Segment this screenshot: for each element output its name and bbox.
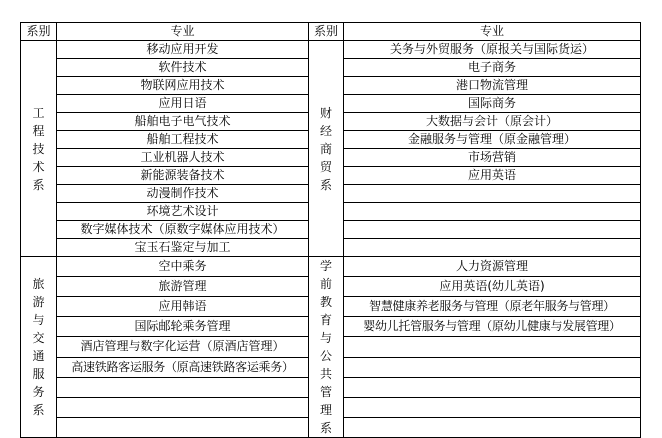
major-cell: 软件技术 (57, 59, 309, 77)
major-cell: 关务与外贸服务（原报关与国际货运） (344, 41, 641, 59)
major-cell: 动漫制作技术 (57, 185, 309, 203)
dept-label: 学前教育与公共管理系 (319, 257, 333, 437)
major-cell: 数字媒体技术（原数字媒体应用技术） (57, 221, 309, 239)
major-cell: 应用日语 (57, 95, 309, 113)
major-cell (344, 185, 641, 203)
major-cell: 酒店管理与数字化运营（原酒店管理） (57, 337, 309, 357)
header-major-left: 专业 (57, 23, 309, 41)
major-cell: 人力资源管理 (344, 257, 641, 277)
major-cell (344, 357, 641, 377)
dept-engineering: 工程技术系 (21, 41, 57, 257)
major-cell: 智慧健康养老服务与管理（原老年服务与管理） (344, 297, 641, 317)
major-cell (344, 221, 641, 239)
header-major-right: 专业 (344, 23, 641, 41)
header-dept-right: 系别 (309, 23, 344, 41)
major-cell: 应用韩语 (57, 297, 309, 317)
major-cell: 应用英语 (344, 167, 641, 185)
major-cell: 空中乘务 (57, 257, 309, 277)
major-cell: 市场营销 (344, 149, 641, 167)
major-cell: 大数据与会计（原会计） (344, 113, 641, 131)
major-cell: 宝玉石鉴定与加工 (57, 239, 309, 257)
major-cell: 船舶电子电气技术 (57, 113, 309, 131)
header-row: 系别 专业 系别 专业 (21, 23, 641, 41)
major-cell (344, 397, 641, 417)
majors-table: 系别 专业 系别 专业 工程技术系移动应用开发财经商贸系关务与外贸服务（原报关与… (20, 22, 641, 438)
dept-label: 旅游与交通服务系 (32, 275, 46, 419)
major-cell (344, 377, 641, 397)
table-row: 工程技术系移动应用开发财经商贸系关务与外贸服务（原报关与国际货运） (21, 41, 641, 59)
major-cell (57, 417, 309, 437)
major-cell: 环境艺术设计 (57, 203, 309, 221)
dept-preschool-public-mgmt: 学前教育与公共管理系 (309, 257, 344, 438)
major-cell (344, 417, 641, 437)
table-row: 旅游与交通服务系空中乘务学前教育与公共管理系人力资源管理 (21, 257, 641, 277)
major-cell: 移动应用开发 (57, 41, 309, 59)
major-cell: 高速铁路客运服务（原高速铁路客运乘务） (57, 357, 309, 377)
major-cell: 工业机器人技术 (57, 149, 309, 167)
major-cell (344, 337, 641, 357)
major-cell: 港口物流管理 (344, 77, 641, 95)
major-cell (344, 203, 641, 221)
major-cell: 婴幼儿托管服务与管理（原幼儿健康与发展管理） (344, 317, 641, 337)
major-cell: 旅游管理 (57, 277, 309, 297)
major-cell: 电子商务 (344, 59, 641, 77)
header-dept-left: 系别 (21, 23, 57, 41)
major-cell (57, 377, 309, 397)
major-cell: 新能源装备技术 (57, 167, 309, 185)
major-cell (344, 239, 641, 257)
major-cell: 金融服务与管理（原金融管理） (344, 131, 641, 149)
dept-label: 工程技术系 (32, 104, 46, 194)
dept-label: 财经商贸系 (319, 104, 333, 194)
major-cell (57, 397, 309, 417)
dept-finance-trade: 财经商贸系 (309, 41, 344, 257)
major-cell: 应用英语(幼儿英语) (344, 277, 641, 297)
major-cell: 船舶工程技术 (57, 131, 309, 149)
major-cell: 国际商务 (344, 95, 641, 113)
dept-tourism-transport: 旅游与交通服务系 (21, 257, 57, 438)
major-cell: 国际邮轮乘务管理 (57, 317, 309, 337)
major-cell: 物联网应用技术 (57, 77, 309, 95)
